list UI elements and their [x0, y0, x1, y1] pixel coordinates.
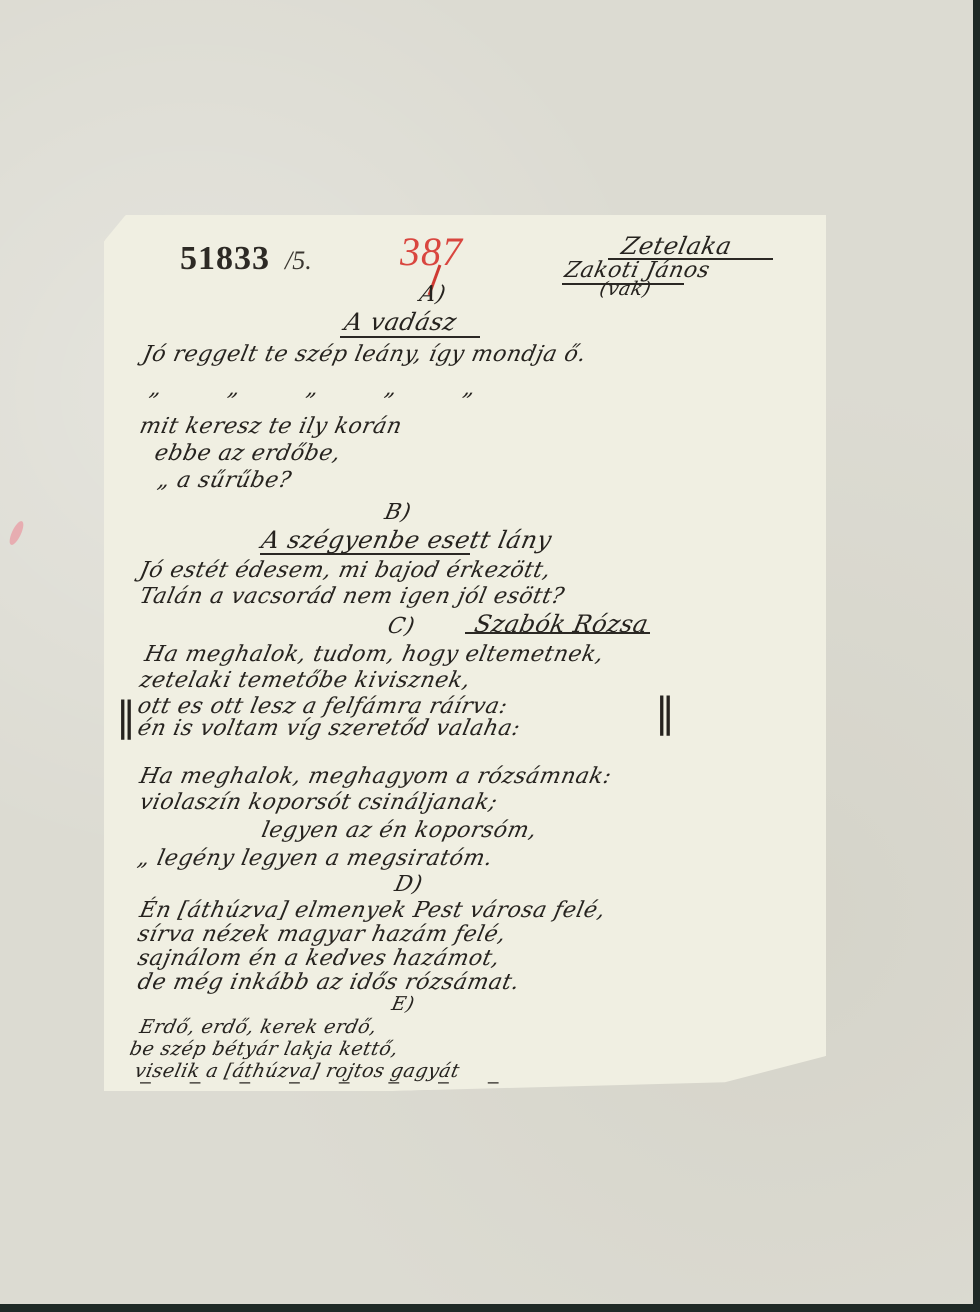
- song-line: „ „ „ „ „: [147, 376, 507, 401]
- section-c-label: C): [385, 614, 417, 639]
- song-line: sírva nézek magyar hazám felé,: [135, 922, 508, 947]
- place-name: Zetelaka: [619, 232, 735, 260]
- song-line: de még inkább az idős rózsámat.: [135, 970, 522, 995]
- song-line: zetelaki temetőbe kivisznek,: [137, 668, 472, 693]
- placeholder-dashes: — — — — — — — —: [140, 1072, 513, 1093]
- section-c-underline: [465, 632, 650, 634]
- song-line: violaszín koporsót csináljanak;: [137, 790, 499, 815]
- catalog-suffix: /5.: [285, 246, 312, 276]
- song-line: sajnálom én a kedves hazámot,: [135, 946, 502, 971]
- song-line: be szép bétyár lakja kettő,: [128, 1038, 401, 1060]
- repeat-end-mark: ‖: [655, 690, 675, 736]
- song-line: „ legény legyen a megsiratóm.: [135, 846, 495, 871]
- song-line: Erdő, erdő, kerek erdő,: [138, 1016, 379, 1038]
- song-line: mit keresz te ily korán: [137, 414, 404, 439]
- section-e-label: E): [390, 993, 417, 1015]
- song-line: én is voltam víg szeretőd valaha:: [135, 716, 522, 741]
- section-a-title: A vadász: [342, 308, 459, 336]
- song-line: Jó reggelt te szép leány, így mondja ő.: [140, 342, 588, 367]
- catalog-number-stamp: 51833: [180, 240, 270, 278]
- song-line: „ a sűrűbe?: [155, 468, 293, 493]
- section-b-label: B): [382, 500, 413, 525]
- song-line: Talán a vacsorád nem igen jól esött?: [137, 584, 566, 609]
- song-line: Ha meghalok, meghagyom a rózsámnak:: [137, 764, 614, 789]
- song-line: Én [áthúzva] elmenyek Pest városa felé,: [137, 898, 607, 923]
- section-b-title: A szégyenbe esett lány: [259, 526, 554, 554]
- red-page-number: 387: [400, 228, 463, 275]
- song-line: Ha meghalok, tudom, hogy eltemetnek,: [142, 642, 606, 667]
- section-a-label: A): [417, 282, 448, 307]
- section-a-underline: [340, 336, 480, 338]
- repeat-start-mark: ‖: [116, 694, 136, 740]
- song-line: Jó estét édesem, mi bajod érkezött,: [137, 558, 553, 583]
- section-b-underline: [260, 553, 470, 555]
- section-d-label: D): [392, 872, 425, 897]
- song-line: legyen az én koporsóm,: [259, 818, 539, 843]
- song-line: ebbe az erdőbe,: [152, 441, 343, 466]
- informant-note: (vak): [598, 278, 654, 300]
